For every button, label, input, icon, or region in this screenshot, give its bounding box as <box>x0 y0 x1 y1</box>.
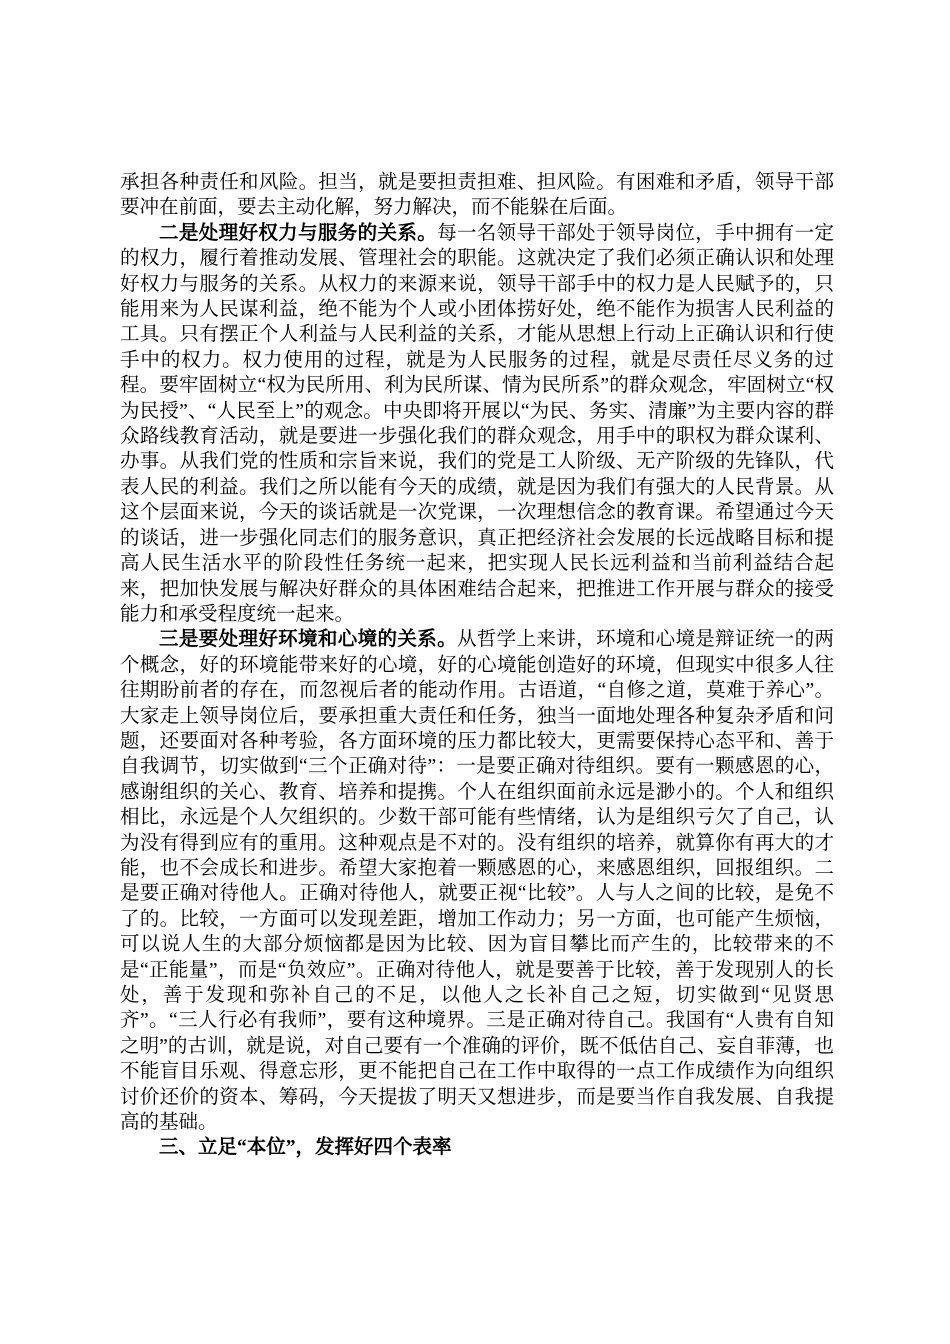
document-text-block: 承担各种责任和风险。担当，就是要担责担难、担风险。有困难和矛盾，领导干部要冲在前… <box>120 170 834 1161</box>
paragraph-continuation: 承担各种责任和风险。担当，就是要担责担难、担风险。有困难和矛盾，领导干部要冲在前… <box>120 170 834 221</box>
document-page: 承担各种责任和风险。担当，就是要担责担难、担风险。有困难和矛盾，领导干部要冲在前… <box>0 0 950 1344</box>
section-heading-text: 三、立足“本位”，发挥好四个表率 <box>159 1137 452 1158</box>
section-heading: 三、立足“本位”，发挥好四个表率 <box>120 1135 834 1160</box>
paragraph-text: 从哲学上来讲，环境和心境是辩证统一的两个概念，好的环境能带来好的心境，好的心境能… <box>120 629 834 1133</box>
paragraph-text: 每一名领导干部处于领导岗位，手中拥有一定的权力，履行着推动发展、管理社会的职能。… <box>120 223 834 625</box>
paragraph-point-three: 三是要处理好环境和心境的关系。从哲学上来讲，环境和心境是辩证统一的两个概念，好的… <box>120 627 834 1135</box>
paragraph-point-two: 二是处理好权力与服务的关系。每一名领导干部处于领导岗位，手中拥有一定的权力，履行… <box>120 221 834 628</box>
paragraph-lead-bold: 三是要处理好环境和心境的关系。 <box>159 629 457 650</box>
paragraph-text: 承担各种责任和风险。担当，就是要担责担难、担风险。有困难和矛盾，领导干部要冲在前… <box>120 172 834 218</box>
paragraph-lead-bold: 二是处理好权力与服务的关系。 <box>159 223 437 244</box>
